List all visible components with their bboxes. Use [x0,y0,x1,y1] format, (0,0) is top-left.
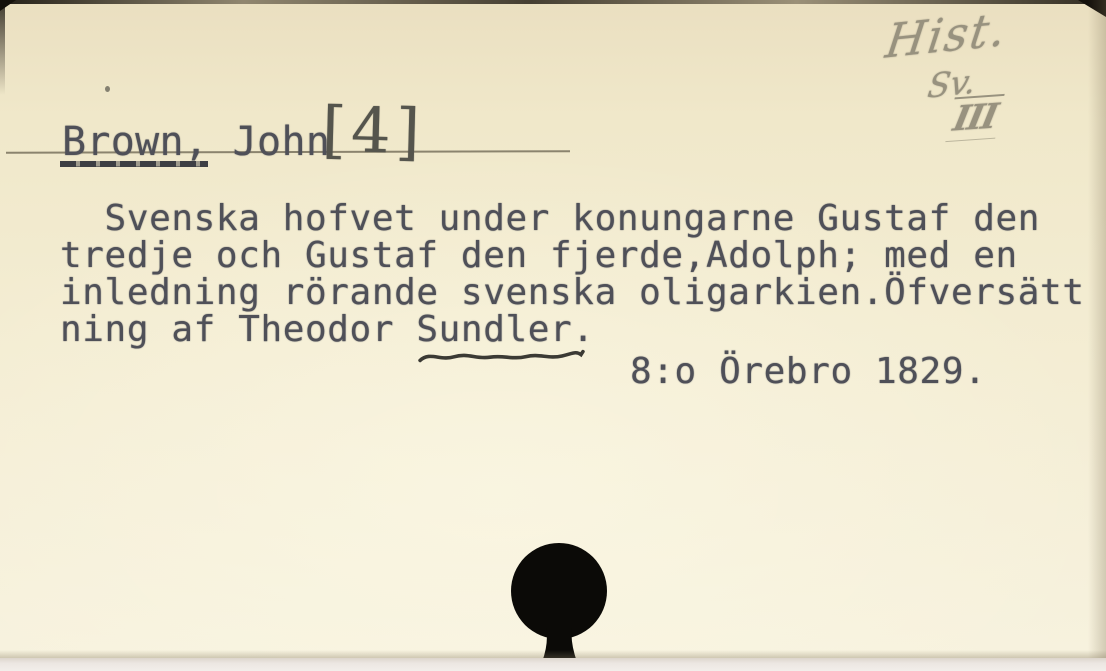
author-underline [60,161,208,167]
scanner-background-strip [0,658,1106,671]
card-right-edge-shadow [1088,0,1106,658]
bracket-number-annotation: [4] [321,93,426,169]
card-bottom-edge-shadow [0,650,1106,658]
wavy-underline [416,343,588,368]
ink-speck [105,86,110,92]
classification-volume-numeral: III [945,94,1004,142]
scan-corner-top-left [0,0,16,11]
title-line: inledning rörande svenska oligarkien.Öfv… [60,274,1085,311]
title-line: Svenska hofvet under konungarne Gustaf d… [60,200,1085,237]
author-heading: Brown, John [62,119,330,165]
title-text-block: Svenska hofvet under konungarne Gustaf d… [60,200,1085,348]
card-top-edge [0,0,1106,4]
title-line: tredje och Gustaf den fjerde,Adolph; med… [60,237,1085,274]
card-left-edge [0,0,5,95]
catalog-card-scan: Hist. Sv. III Brown, John [4] Svenska ho… [0,0,1106,671]
imprint-line: 8:o Örebro 1829. [630,351,986,392]
